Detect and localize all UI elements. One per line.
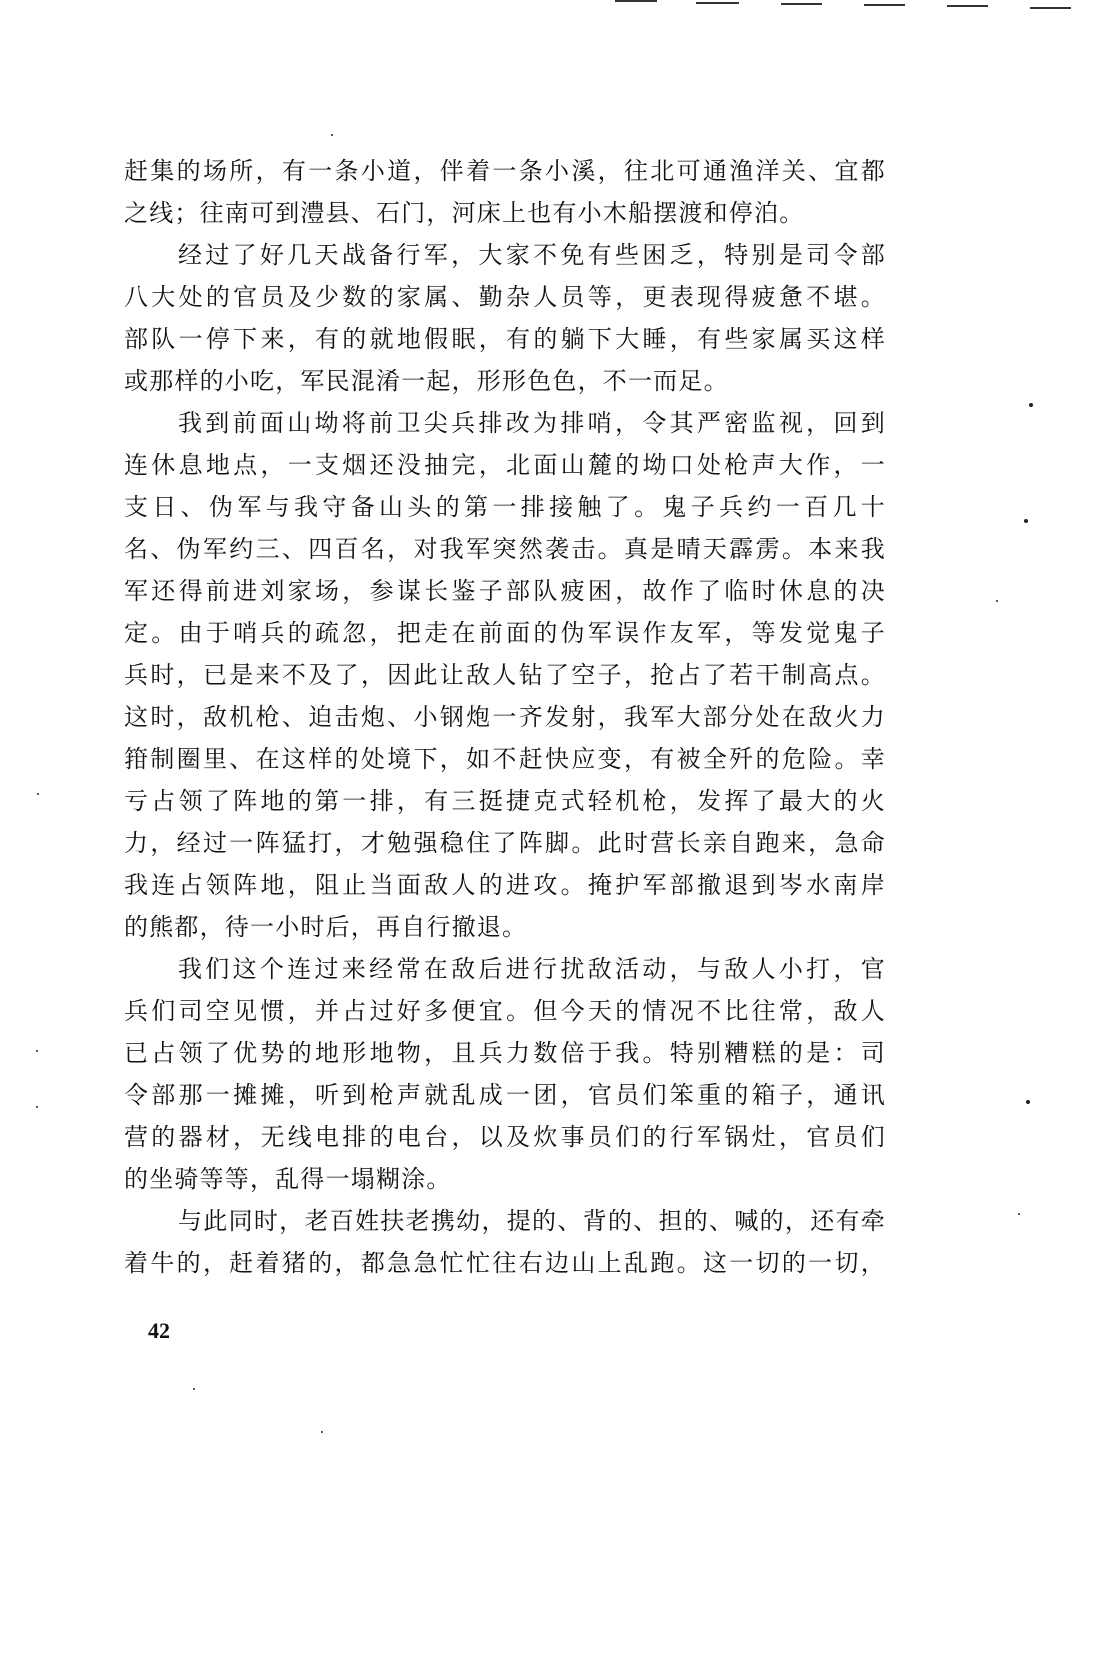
scan-rule [947, 5, 988, 7]
text-line: 名、伪军约三、四百名，对我军突然袭击。真是晴天霹雳。本来我 [124, 528, 886, 570]
scan-speck [36, 1050, 38, 1052]
text-line: 与此同时，老百姓扶老携幼，提的、背的、担的、喊的，还有牵 [124, 1200, 886, 1242]
text-line: 这时，敌机枪、迫击炮、小钢炮一齐发射，我军大部分处在敌火力 [124, 696, 886, 738]
text-line: 营的器材，无线电排的电台，以及炊事员们的行军锅灶，官员们 [124, 1116, 886, 1158]
scan-speck [1024, 519, 1028, 523]
scan-speck [331, 134, 333, 136]
text-line: 赶集的场所，有一条小道，伴着一条小溪，往北可通渔洋关、宜都 [124, 150, 886, 192]
page-body: 赶集的场所，有一条小道，伴着一条小溪，往北可通渔洋关、宜都 之线；往南可到澧县、… [124, 150, 886, 1284]
text-line: 我连占领阵地，阻止当面敌人的进攻。掩护军部撤退到岑水南岸 [124, 864, 886, 906]
scan-speck [1018, 1213, 1020, 1215]
scan-speck [321, 1431, 323, 1433]
text-line: 力，经过一阵猛打，才勉强稳住了阵脚。此时营长亲自跑来，急命 [124, 822, 886, 864]
text-line: 兵们司空见惯，并占过好多便宜。但今天的情况不比往常，敌人 [124, 990, 886, 1032]
paragraph: 我到前面山坳将前卫尖兵排改为排哨，令其严密监视，回到 连休息地点，一支烟还没抽完… [124, 402, 886, 948]
text-line: 令部那一摊摊，听到枪声就乱成一团，官员们笨重的箱子，通讯 [124, 1074, 886, 1116]
page-number: 42 [148, 1318, 170, 1344]
text-line: 支日、伪军与我守备山头的第一排接触了。鬼子兵约一百几十 [124, 486, 886, 528]
scan-rule [696, 2, 739, 4]
text-line: 我们这个连过来经常在敌后进行扰敌活动，与敌人小打，官 [124, 948, 886, 990]
scan-speck [37, 793, 39, 795]
text-line: 的坐骑等等，乱得一塌糊涂。 [124, 1158, 886, 1200]
text-line: 的熊都，待一小时后，再自行撤退。 [124, 906, 886, 948]
paragraph: 与此同时，老百姓扶老携幼，提的、背的、担的、喊的，还有牵 着牛的，赶着猪的，都急… [124, 1200, 886, 1284]
text-line: 之线；往南可到澧县、石门，河床上也有小木船摆渡和停泊。 [124, 192, 886, 234]
scan-speck [996, 600, 998, 602]
text-line: 亏占领了阵地的第一排，有三挺捷克式轻机枪，发挥了最大的火 [124, 780, 886, 822]
text-line: 兵时，已是来不及了，因此让敌人钻了空子，抢占了若干制高点。 [124, 654, 886, 696]
text-line: 着牛的，赶着猪的，都急急忙忙往右边山上乱跑。这一切的一切， [124, 1242, 886, 1284]
scan-rule [864, 4, 905, 6]
paragraph: 经过了好几天战备行军，大家不免有些困乏，特别是司令部 八大处的官员及少数的家属、… [124, 234, 886, 402]
text-line: 已占领了优势的地形地物，且兵力数倍于我。特别糟糕的是：司 [124, 1032, 886, 1074]
scan-rule [615, 0, 657, 2]
text-line: 军还得前进刘家场，参谋长鉴子部队疲困，故作了临时休息的决 [124, 570, 886, 612]
scan-speck [193, 1388, 195, 1390]
text-line: 或那样的小吃，军民混淆一起，形形色色，不一而足。 [124, 360, 886, 402]
scan-speck [36, 1106, 38, 1108]
scan-speck [1029, 403, 1033, 407]
scan-speck [1026, 1100, 1030, 1104]
scan-rule [1030, 7, 1071, 9]
text-line: 部队一停下来，有的就地假眠，有的躺下大睡，有些家属买这样 [124, 318, 886, 360]
paragraph: 我们这个连过来经常在敌后进行扰敌活动，与敌人小打，官 兵们司空见惯，并占过好多便… [124, 948, 886, 1200]
text-line: 八大处的官员及少数的家属、勤杂人员等，更表现得疲惫不堪。 [124, 276, 886, 318]
paragraph: 赶集的场所，有一条小道，伴着一条小溪，往北可通渔洋关、宜都 之线；往南可到澧县、… [124, 150, 886, 234]
text-line: 箝制圈里、在这样的处境下，如不赶快应变，有被全歼的危险。幸 [124, 738, 886, 780]
text-line: 连休息地点，一支烟还没抽完，北面山麓的坳口处枪声大作，一 [124, 444, 886, 486]
text-line: 定。由于哨兵的疏忽，把走在前面的伪军误作友军，等发觉鬼子 [124, 612, 886, 654]
scan-rule [781, 3, 822, 5]
text-line: 我到前面山坳将前卫尖兵排改为排哨，令其严密监视，回到 [124, 402, 886, 444]
text-line: 经过了好几天战备行军，大家不免有些困乏，特别是司令部 [124, 234, 886, 276]
